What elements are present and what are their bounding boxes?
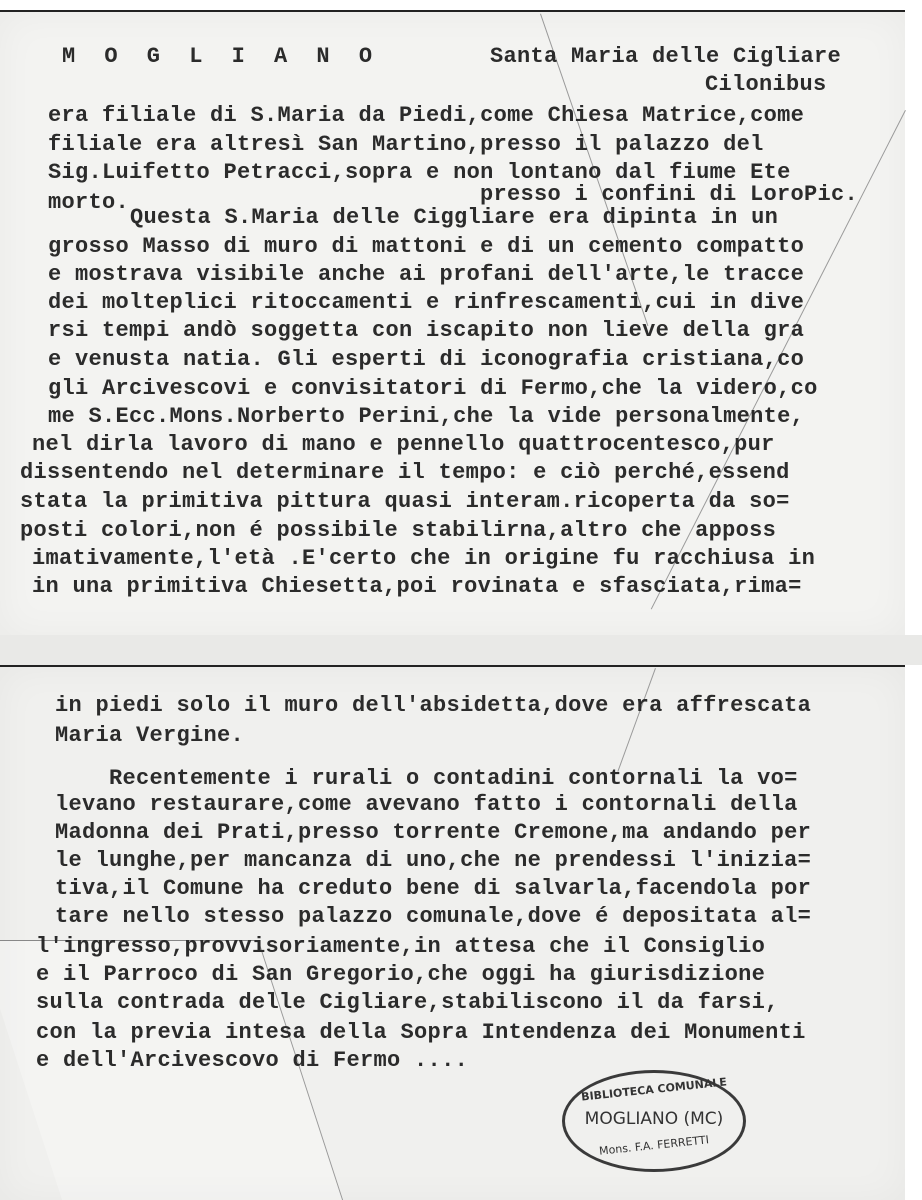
- text-line: me S.Ecc.Mons.Norberto Perini,che la vid…: [48, 404, 804, 429]
- text-line: e mostrava visibile anche ai profani del…: [48, 262, 804, 287]
- text-line: in una primitiva Chiesetta,poi rovinata …: [32, 574, 802, 599]
- text-line: imativamente,l'età .E'certo che in origi…: [32, 546, 815, 571]
- text-line: stata la primitiva pittura quasi interam…: [20, 489, 790, 514]
- stamp-line-2: MOGLIANO (MC): [565, 1109, 743, 1129]
- text-line: posti colori,non é possibile stabilirna,…: [20, 518, 776, 543]
- text-line: con la previa intesa della Sopra Intende…: [36, 1020, 806, 1045]
- text-line: Questa S.Maria delle Ciggliare era dipin…: [130, 205, 778, 230]
- header-subtitle: Cilonibus: [705, 72, 827, 97]
- text-line: tiva,il Comune ha creduto bene di salvar…: [55, 876, 811, 901]
- text-line: Madonna dei Prati,presso torrente Cremon…: [55, 820, 811, 845]
- text-line: e il Parroco di San Gregorio,che oggi ha…: [36, 962, 765, 987]
- text-line: sulla contrada delle Cigliare,stabilisco…: [36, 990, 779, 1015]
- slip-gap: [0, 635, 922, 665]
- text-line: tare nello stesso palazzo comunale,dove …: [55, 904, 811, 929]
- text-line: l'ingresso,provvisoriamente,in attesa ch…: [36, 934, 765, 959]
- text-line: rsi tempi andò soggetta con iscapito non…: [48, 318, 804, 343]
- header-church: Santa Maria delle Cigliare: [490, 44, 841, 69]
- text-line: Recentemente i rurali o contadini contor…: [55, 766, 798, 791]
- text-line: filiale era altresì San Martino,presso i…: [48, 132, 764, 157]
- text-line: in piedi solo il muro dell'absidetta,dov…: [55, 693, 811, 718]
- text-line: era filiale di S.Maria da Piedi,come Chi…: [48, 103, 804, 128]
- text-line: nel dirla lavoro di mano e pennello quat…: [32, 432, 775, 457]
- text-line: presso i confini di LoroPic.: [480, 182, 858, 207]
- text-line: levano restaurare,come avevano fatto i c…: [55, 792, 798, 817]
- text-line: morto.: [48, 190, 129, 215]
- text-line: le lunghe,per mancanza di uno,che ne pre…: [55, 848, 811, 873]
- text-line: grosso Masso di muro di mattoni e di un …: [48, 234, 804, 259]
- text-line: e venusta natia. Gli esperti di iconogra…: [48, 347, 804, 372]
- library-stamp: BIBLIOTECA COMUNALE MOGLIANO (MC) Mons. …: [562, 1070, 746, 1172]
- text-line: gli Arcivescovi e convisitatori di Fermo…: [48, 376, 818, 401]
- text-line: Maria Vergine.: [55, 723, 244, 748]
- text-line: dei molteplici ritoccamenti e rinfrescam…: [48, 290, 804, 315]
- text-line: dissentendo nel determinare il tempo: e …: [20, 460, 790, 485]
- stamp-line-3: Mons. F.A. FERRETTI: [565, 1130, 743, 1162]
- text-line: e dell'Arcivescovo di Fermo ....: [36, 1048, 468, 1073]
- header-town: M O G L I A N O: [62, 44, 380, 69]
